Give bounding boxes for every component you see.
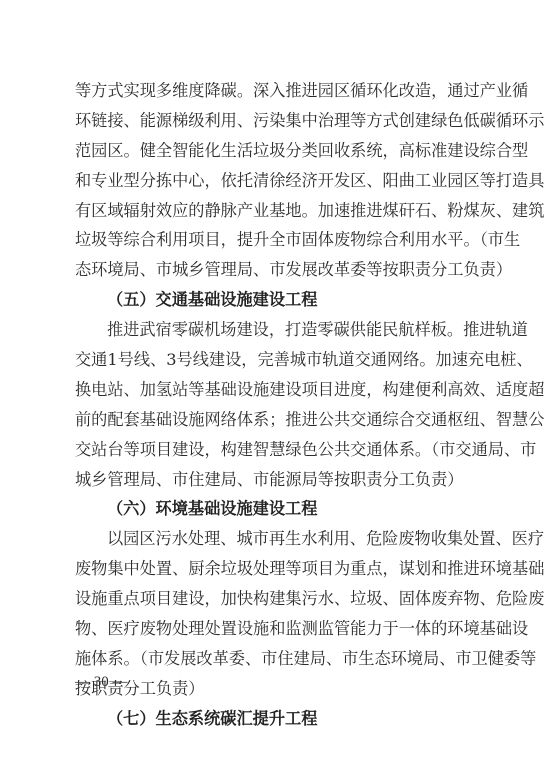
paragraph-line: 和专业型分拣中心，依托清徐经济开发区、阳曲工业园区等打造具 bbox=[75, 166, 479, 196]
paragraph-line: 以园区污水处理、城市再生水利用、危险废物收集处置、医疗 bbox=[75, 524, 479, 554]
paragraph-line: 等方式实现多维度降碳。深入推进园区循环化改造，通过产业循 bbox=[75, 76, 479, 106]
document-page: 等方式实现多维度降碳。深入推进园区循环化改造，通过产业循 环链接、能源梯级利用、… bbox=[0, 0, 550, 778]
section-heading-5: （五）交通基础设施建设工程 bbox=[75, 285, 479, 315]
paragraph-line: 范园区。健全智能化生活垃圾分类回收系统，高标准建设综合型 bbox=[75, 136, 479, 166]
paragraph-line: 有区域辐射效应的静脉产业基地。加速推进煤矸石、粉煤灰、建筑 bbox=[75, 196, 479, 226]
paragraph-line: 施体系。（市发展改革委、市住建局、市生态环境局、市卫健委等 bbox=[75, 644, 479, 674]
paragraph-line: 态环境局、市城乡管理局、市发展改革委等按职责分工负责） bbox=[75, 255, 479, 285]
paragraph-line: 废物集中处置、厨余垃圾处理等项目为重点，谋划和推进环境基础 bbox=[75, 554, 479, 584]
paragraph-line: 设施重点项目建设，加快构建集污水、垃圾、固体废弃物、危险废 bbox=[75, 584, 479, 614]
paragraph-line: 前的配套基础设施网络体系；推进公共交通综合交通枢纽、智慧公 bbox=[75, 405, 479, 435]
paragraph-line: 推进武宿零碳机场建设，打造零碳供能民航样板。推进轨道 bbox=[75, 315, 479, 345]
paragraph-line: 按职责分工负责） bbox=[75, 674, 479, 704]
paragraph-line: 物、医疗废物处理处置设施和监测监管能力于一体的环境基础设 bbox=[75, 614, 479, 644]
body-text: 等方式实现多维度降碳。深入推进园区循环化改造，通过产业循 环链接、能源梯级利用、… bbox=[75, 76, 479, 734]
paragraph-line: 环链接、能源梯级利用、污染集中治理等方式创建绿色低碳循环示 bbox=[75, 106, 479, 136]
paragraph-line: 交通1号线、3号线建设，完善城市轨道交通网络。加速充电桩、 bbox=[75, 345, 479, 375]
paragraph-line: 换电站、加氢站等基础设施建设项目进度，构建便利高效、适度超 bbox=[75, 375, 479, 405]
section-heading-7: （七）生态系统碳汇提升工程 bbox=[75, 704, 479, 734]
paragraph-line: 垃圾等综合利用项目，提升全市固体废物综合利用水平。（市生 bbox=[75, 225, 479, 255]
section-heading-6: （六）环境基础设施建设工程 bbox=[75, 494, 479, 524]
paragraph-line: 城乡管理局、市住建局、市能源局等按职责分工负责） bbox=[75, 465, 479, 495]
page-number: — 30 — bbox=[75, 671, 128, 693]
paragraph-line: 交站台等项目建设，构建智慧绿色公共交通体系。（市交通局、市 bbox=[75, 435, 479, 465]
